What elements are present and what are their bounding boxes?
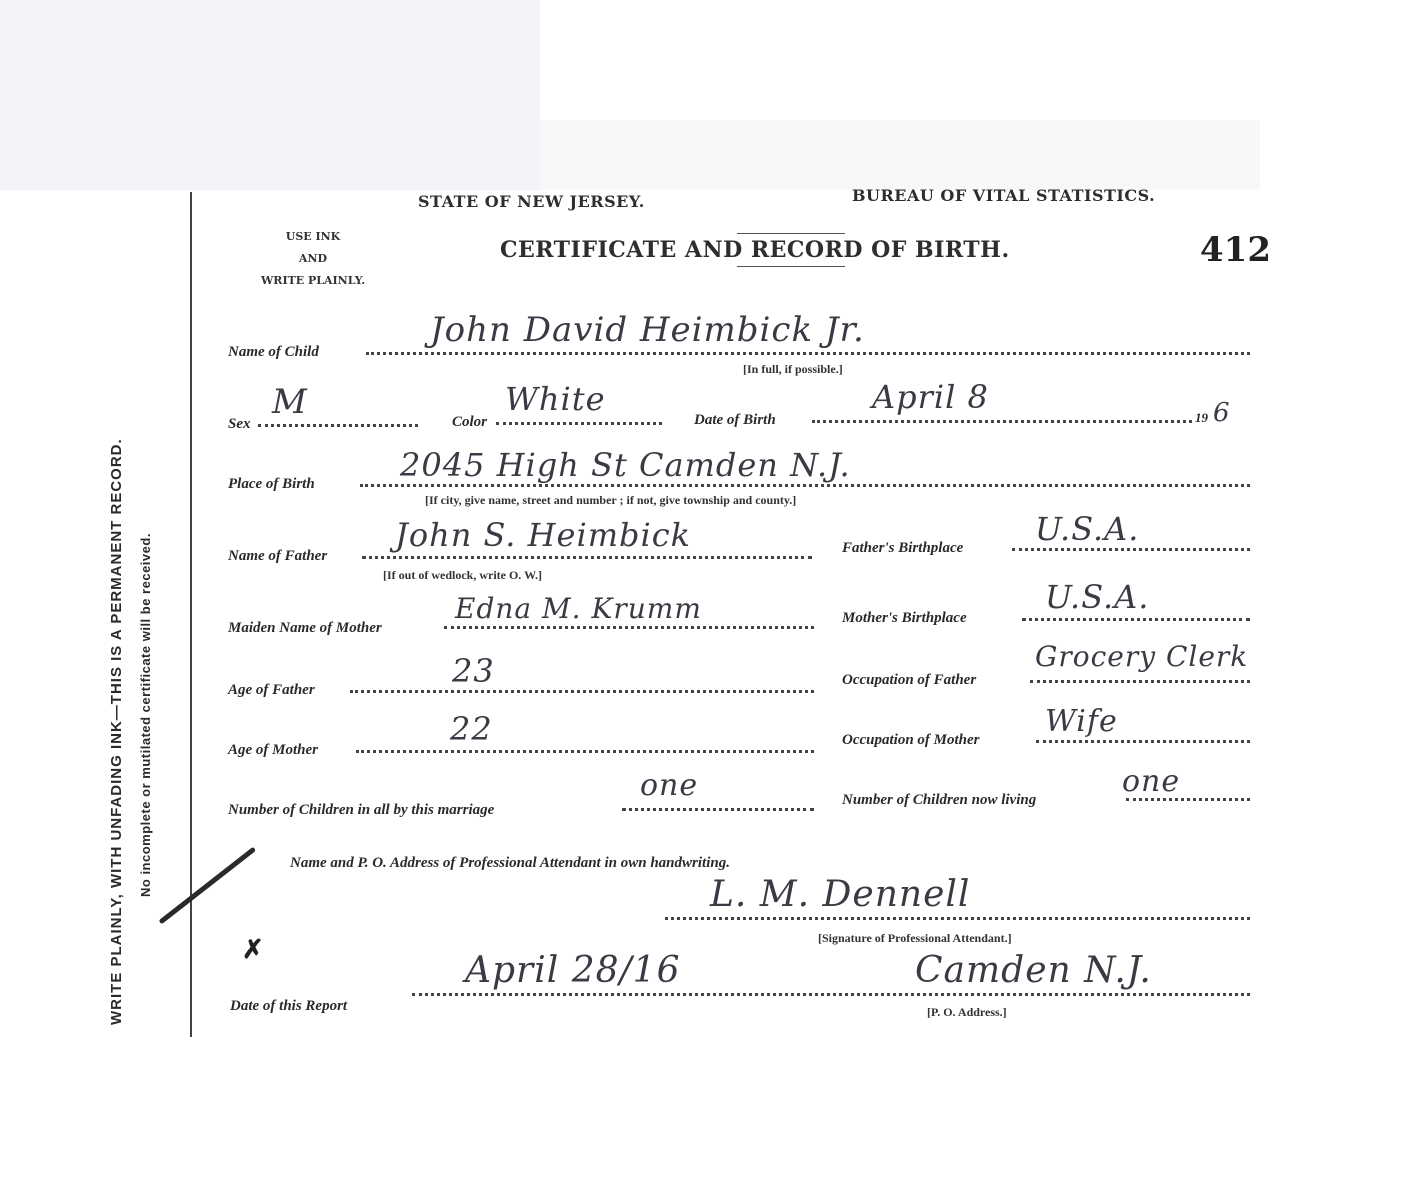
certificate-title: CERTIFICATE AND RECORD OF BIRTH. — [500, 237, 1010, 263]
occupation-of-mother-value: Wife — [1045, 704, 1118, 739]
place-of-birth-value: 2045 High St Camden N.J. — [400, 446, 851, 484]
birth-year-prefix: 19 — [1195, 410, 1208, 426]
instruction-line: AND — [228, 248, 398, 270]
po-address-value: Camden N.J. — [915, 950, 1152, 991]
title-rule-bottom — [737, 266, 845, 267]
instruction-block: USE INK AND WRITE PLAINLY. — [228, 226, 398, 292]
maiden-name-of-mother-value: Edna M. Krumm — [455, 592, 702, 625]
date-of-birth-line — [812, 420, 1192, 423]
color-line — [496, 422, 662, 425]
pen-stroke-mark — [158, 847, 256, 925]
attendant-heading: Name and P. O. Address of Professional A… — [290, 855, 730, 872]
name-of-father-label: Name of Father — [228, 548, 327, 565]
color-value: White — [505, 380, 606, 418]
age-of-father-label: Age of Father — [228, 682, 315, 699]
children-by-marriage-value: one — [640, 768, 698, 803]
fathers-birthplace-line — [1012, 548, 1250, 551]
mothers-birthplace-line — [1022, 618, 1250, 621]
sex-label: Sex — [228, 416, 251, 433]
certificate-number: 412 — [1200, 230, 1271, 270]
state-heading: STATE OF NEW JERSEY. — [418, 192, 645, 211]
occupation-of-father-value: Grocery Clerk — [1035, 640, 1248, 673]
place-of-birth-note: [If city, give name, street and number ;… — [425, 493, 796, 508]
attendant-signature-line — [665, 917, 1250, 920]
age-of-father-value: 23 — [452, 652, 495, 690]
age-of-mother-line — [356, 750, 814, 753]
title-rule-top — [737, 233, 845, 234]
scan-shading — [220, 120, 1260, 190]
side-notice-main: WRITE PLAINLY, WITH UNFADING INK—THIS IS… — [108, 438, 125, 1025]
maiden-name-of-mother-line — [444, 626, 814, 629]
children-living-value: one — [1122, 764, 1180, 799]
place-of-birth-line — [360, 484, 1250, 487]
date-of-birth-label: Date of Birth — [694, 412, 776, 429]
age-of-mother-value: 22 — [450, 710, 493, 748]
margin-rule — [190, 192, 192, 1037]
maiden-name-of-mother-label: Maiden Name of Mother — [228, 620, 382, 637]
name-of-father-value: John S. Heimbick — [395, 516, 691, 554]
fathers-birthplace-label: Father's Birthplace — [842, 540, 963, 557]
date-of-report-line — [412, 993, 1250, 996]
po-address-note: [P. O. Address.] — [927, 1005, 1007, 1020]
name-of-father-line — [362, 556, 812, 559]
occupation-of-mother-line — [1036, 740, 1250, 743]
age-of-father-line — [350, 690, 814, 693]
name-of-child-label: Name of Child — [228, 344, 319, 361]
date-of-report-label: Date of this Report — [230, 998, 347, 1015]
children-living-label: Number of Children now living — [842, 792, 1036, 809]
bureau-heading: BUREAU OF VITAL STATISTICS. — [852, 186, 1155, 205]
date-of-birth-value: April 8 — [872, 378, 989, 416]
occupation-of-father-label: Occupation of Father — [842, 672, 976, 689]
name-of-child-line — [366, 352, 1250, 355]
children-by-marriage-label: Number of Children in all by this marria… — [228, 802, 494, 819]
attendant-signature-value: L. M. Dennell — [710, 874, 970, 915]
mothers-birthplace-value: U.S.A. — [1045, 578, 1149, 616]
birth-year-suffix: 6 — [1213, 398, 1231, 428]
children-by-marriage-line — [622, 808, 814, 811]
mothers-birthplace-label: Mother's Birthplace — [842, 610, 967, 627]
side-notice-sub: No incomplete or mutilated certificate w… — [138, 533, 153, 897]
name-of-father-note: [If out of wedlock, write O. W.] — [383, 568, 542, 583]
sex-value: M — [272, 382, 308, 422]
name-of-child-note: [In full, if possible.] — [743, 362, 843, 377]
date-of-report-value: April 28/16 — [465, 950, 680, 991]
age-of-mother-label: Age of Mother — [228, 742, 318, 759]
color-label: Color — [452, 414, 487, 431]
fathers-birthplace-value: U.S.A. — [1035, 510, 1139, 548]
occupation-of-father-line — [1030, 680, 1250, 683]
name-of-child-value: John David Heimbick Jr. — [430, 310, 865, 350]
place-of-birth-label: Place of Birth — [228, 476, 315, 493]
occupation-of-mother-label: Occupation of Mother — [842, 732, 980, 749]
sex-line — [258, 424, 418, 427]
instruction-line: WRITE PLAINLY. — [228, 270, 398, 292]
instruction-line: USE INK — [228, 226, 398, 248]
x-mark: ✗ — [242, 935, 264, 965]
attendant-signature-note: [Signature of Professional Attendant.] — [818, 931, 1012, 946]
